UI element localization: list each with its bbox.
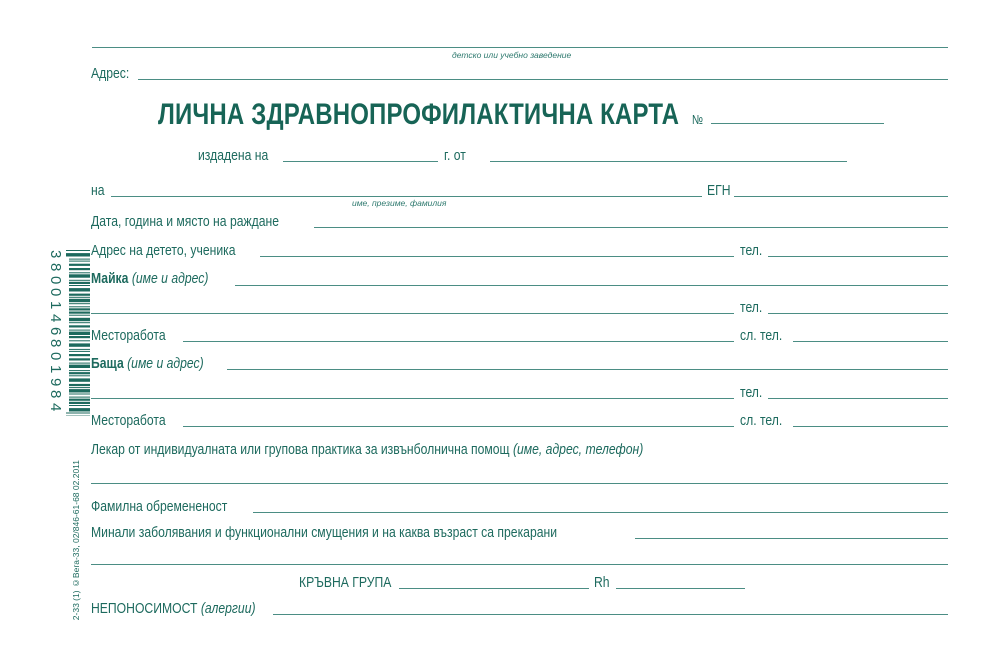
name-hint: име, презиме, фамилия	[352, 199, 446, 208]
page-title: ЛИЧНА ЗДРАВНОПРОФИЛАКТИЧНА КАРТА	[158, 100, 679, 130]
child-tel-label: тел.	[740, 244, 762, 259]
past-illness-line[interactable]	[635, 538, 948, 539]
family-history-line[interactable]	[253, 512, 948, 513]
allergy-title: НЕПОНОСИМОСТ	[91, 601, 197, 617]
print-code-text: 2-33 (1) ©Вега-33, 02/846-61-68 02.2011	[72, 460, 81, 620]
mother-workplace-line[interactable]	[183, 341, 734, 342]
barcode-digit: 1	[48, 301, 63, 309]
institution-line[interactable]	[92, 47, 948, 48]
father-hint: (име и адрес)	[127, 356, 204, 372]
full-name-line[interactable]	[111, 196, 702, 197]
mother-line[interactable]	[235, 285, 948, 286]
blood-group-label: КРЪВНА ГРУПА	[299, 576, 391, 591]
barcode-digits: 3800146801984	[48, 250, 64, 416]
doctor-line[interactable]	[91, 483, 948, 484]
institution-hint: детско или учебно заведение	[452, 51, 571, 60]
past-illness-label: Минали заболявания и функционални смущен…	[91, 526, 557, 541]
father-title: Баща	[91, 356, 124, 372]
address-label: Адрес:	[91, 67, 129, 82]
allergy-line[interactable]	[273, 614, 948, 615]
father-workplace-line[interactable]	[183, 426, 734, 427]
barcode-digit: 6	[48, 327, 63, 335]
mother-work-tel-label: сл. тел.	[740, 329, 782, 344]
rh-line[interactable]	[616, 588, 745, 589]
father-work-tel-line[interactable]	[793, 426, 948, 427]
mother-label: Майка (име и адрес)	[91, 272, 208, 287]
barcode-digit: 0	[48, 276, 63, 284]
barcode-digit: 1	[48, 365, 63, 373]
barcode-digit: 3	[48, 250, 63, 258]
mother-tel-line[interactable]	[768, 313, 948, 314]
child-address-line[interactable]	[260, 256, 734, 257]
birth-label: Дата, година и място на раждане	[91, 215, 279, 230]
birth-line[interactable]	[314, 227, 948, 228]
to-label: на	[91, 184, 105, 199]
year-label: г. от	[444, 149, 466, 164]
allergy-label: НЕПОНОСИМОСТ (алергии)	[91, 602, 256, 617]
father-tel-label: тел.	[740, 386, 762, 401]
child-address-label: Адрес на детето, ученика	[91, 244, 236, 259]
doctor-title: Лекар от индивидуалната или групова прак…	[91, 442, 510, 458]
barcode-digit: 9	[48, 378, 63, 386]
father-tel-line[interactable]	[768, 398, 948, 399]
barcode-digit: 4	[48, 403, 63, 411]
father-work-tel-label: сл. тел.	[740, 414, 782, 429]
blood-group-line[interactable]	[399, 588, 589, 589]
egn-label: ЕГН	[707, 184, 731, 199]
issued-by-line[interactable]	[490, 161, 847, 162]
father-line[interactable]	[227, 369, 948, 370]
mother-work-tel-line[interactable]	[793, 341, 948, 342]
mother-tel-label: тел.	[740, 301, 762, 316]
father-line-2[interactable]	[91, 398, 734, 399]
father-workplace-label: Месторабота	[91, 414, 166, 429]
mother-line-2[interactable]	[91, 313, 734, 314]
past-illness-line-2[interactable]	[91, 564, 948, 565]
father-label: Баща (име и адрес)	[91, 357, 204, 372]
rh-label: Rh	[594, 576, 610, 591]
card-number-line[interactable]	[711, 123, 884, 124]
doctor-label: Лекар от индивидуалната или групова прак…	[91, 443, 643, 458]
barcode-digit: 8	[48, 390, 63, 398]
barcode-digit: 8	[48, 263, 63, 271]
egn-line[interactable]	[734, 196, 948, 197]
child-tel-line[interactable]	[768, 256, 948, 257]
barcode-digit: 8	[48, 339, 63, 347]
mother-title: Майка	[91, 271, 128, 287]
number-sign: №	[692, 113, 703, 126]
barcode-digit: 4	[48, 314, 63, 322]
mother-workplace-label: Месторабота	[91, 329, 166, 344]
print-code: 2-33 (1) ©Вега-33, 02/846-61-68 02.2011	[72, 430, 86, 620]
barcode-digit: 0	[48, 288, 63, 296]
allergy-hint: (алергии)	[201, 601, 256, 617]
barcode-icon	[66, 250, 90, 416]
issued-year-line[interactable]	[283, 161, 438, 162]
mother-hint: (име и адрес)	[132, 271, 209, 287]
family-history-label: Фамилна обремененост	[91, 500, 227, 515]
doctor-hint: (име, адрес, телефон)	[513, 442, 643, 458]
address-line[interactable]	[138, 79, 948, 80]
issued-label: издадена на	[198, 149, 268, 164]
barcode-digit: 0	[48, 352, 63, 360]
